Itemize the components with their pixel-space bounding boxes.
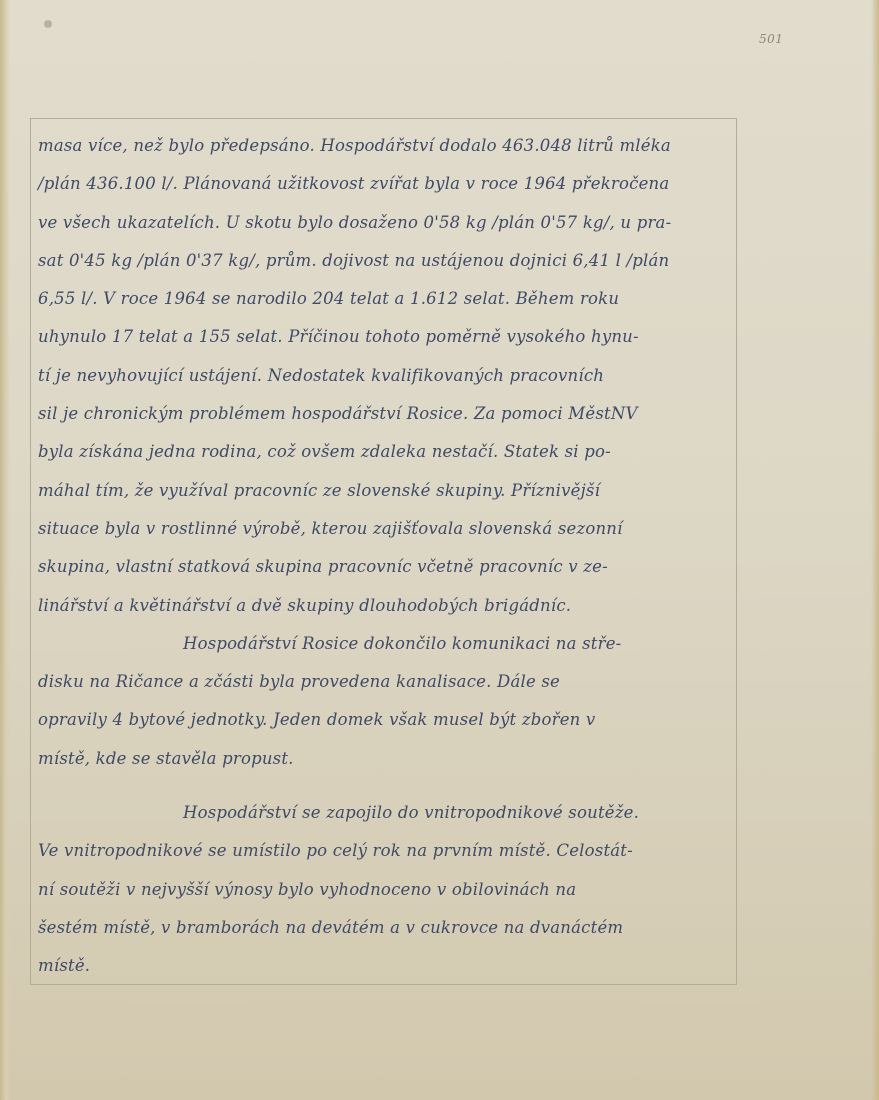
text-line: Hospodářství Rosice dokončilo komunikaci… [38, 625, 738, 663]
page-edge-left [0, 0, 10, 1100]
handwritten-text: masa více, než bylo předepsáno. Hospodář… [38, 127, 738, 986]
text-line: /plán 436.100 l/. Plánovaná užitkovost z… [38, 165, 738, 203]
text-line: místě. [38, 947, 738, 985]
text-line: linářství a květinářství a dvě skupiny d… [38, 587, 738, 625]
text-line: Hospodářství se zapojilo do vnitropodnik… [38, 794, 738, 832]
text-line: sat 0'45 kg /plán 0'37 kg/, prům. dojivo… [38, 242, 738, 280]
text-line: uhynulo 17 telat a 155 selat. Příčinou t… [38, 318, 738, 356]
text-line: skupina, vlastní statková skupina pracov… [38, 548, 738, 586]
text-line: opravily 4 bytové jednotky. Jeden domek … [38, 701, 738, 739]
text-line: byla získána jedna rodina, což ovšem zda… [38, 433, 738, 471]
paper-stain [44, 20, 52, 28]
paragraph-2: Hospodářství Rosice dokončilo komunikaci… [38, 625, 738, 778]
page-number: 501 [759, 32, 783, 46]
text-line: situace byla v rostlinné výrobě, kterou … [38, 510, 738, 548]
text-line: sil je chronickým problémem hospodářství… [38, 395, 738, 433]
text-line: 6,55 l/. V roce 1964 se narodilo 204 tel… [38, 280, 738, 318]
text-line: ní soutěži v nejvyšší výnosy bylo vyhodn… [38, 871, 738, 909]
text-line: Ve vnitropodnikové se umístilo po celý r… [38, 832, 738, 870]
text-line: masa více, než bylo předepsáno. Hospodář… [38, 127, 738, 165]
paragraph-1: masa více, než bylo předepsáno. Hospodář… [38, 127, 738, 625]
text-line: místě, kde se stavěla propust. [38, 740, 738, 778]
text-line: ve všech ukazatelích. U skotu bylo dosaž… [38, 204, 738, 242]
text-line: tí je nevyhovující ustájení. Nedostatek … [38, 357, 738, 395]
text-line: disku na Ričance a zčásti byla provedena… [38, 663, 738, 701]
text-line: máhal tím, že využíval pracovníc ze slov… [38, 472, 738, 510]
text-line: šestém místě, v bramborách na devátém a … [38, 909, 738, 947]
paragraph-3: Hospodářství se zapojilo do vnitropodnik… [38, 794, 738, 985]
page-edge-right [871, 0, 879, 1100]
